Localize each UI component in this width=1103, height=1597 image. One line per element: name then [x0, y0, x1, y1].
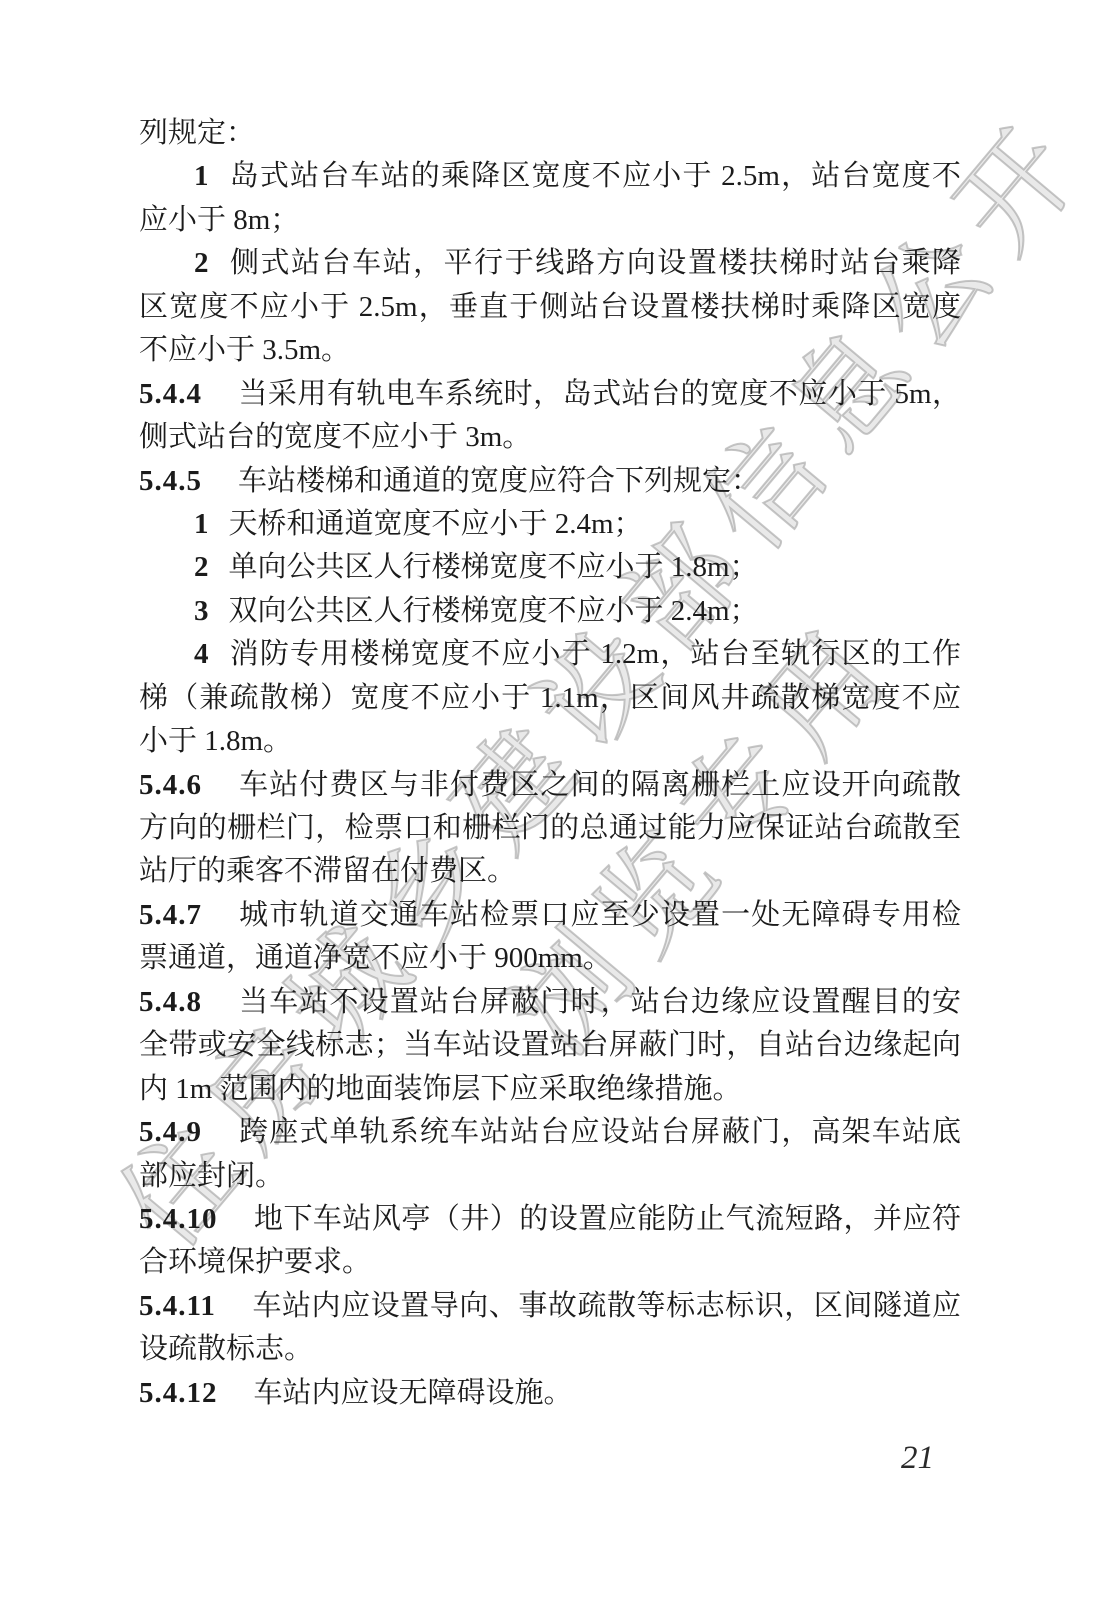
line-text: 方向的栅栏门，检票口和栅栏门的总通过能力应保证站台疏散至	[139, 812, 961, 844]
text-line: 区宽度不应小于 2.5m，垂直于侧站台设置楼扶梯时乘降区宽度	[139, 286, 961, 329]
text-line: 票通道，通道净宽不应小于 900mm。	[139, 937, 961, 980]
text-line: 侧式站台的宽度不应小于 3m。	[139, 416, 961, 459]
line-text: 车站楼梯和通道的宽度应符合下列规定：	[238, 465, 760, 497]
text-line: 5.4.12车站内应设无障碍设施。	[139, 1372, 961, 1415]
clause-number: 4	[194, 638, 210, 670]
clause-number: 5.4.9	[139, 1116, 202, 1148]
line-text: 列规定：	[139, 117, 255, 149]
text-line: 1天桥和通道宽度不应小于 2.4m；	[139, 503, 961, 546]
number-text-gap	[202, 402, 238, 403]
line-text: 车站付费区与非付费区之间的隔离栅栏上应设开向疏散	[238, 769, 961, 801]
page-number: 21	[901, 1440, 934, 1477]
text-line: 5.4.4当采用有轨电车系统时，岛式站台的宽度不应小于 5m，	[139, 373, 961, 416]
line-text: 侧式站台的宽度不应小于 3m。	[139, 421, 531, 453]
number-text-gap	[210, 184, 229, 185]
text-line: 5.4.7城市轨道交通车站检票口应至少设置一处无障碍专用检	[139, 894, 961, 937]
text-line: 方向的栅栏门，检票口和栅栏门的总通过能力应保证站台疏散至	[139, 807, 961, 850]
line-text: 岛式站台车站的乘降区宽度不应小于 2.5m，站台宽度不	[229, 160, 962, 192]
clause-number: 5.4.12	[139, 1377, 218, 1409]
clause-number: 5.4.8	[139, 986, 202, 1018]
line-text: 车站内应设无障碍设施。	[254, 1377, 573, 1409]
line-text: 消防专用楼梯宽度不应小于 1.2m，站台至轨行区的工作	[229, 638, 962, 670]
clause-number: 5.4.6	[139, 769, 202, 801]
number-text-gap	[202, 923, 238, 924]
line-text: 双向公共区人行楼梯宽度不应小于 2.4m；	[229, 595, 759, 627]
text-line: 5.4.8当车站不设置站台屏蔽门时，站台边缘应设置醒目的安	[139, 981, 961, 1024]
number-text-gap	[218, 1401, 254, 1402]
clause-number: 5.4.4	[139, 378, 202, 410]
text-line: 不应小于 3.5m。	[139, 329, 961, 372]
line-text: 跨座式单轨系统车站站台应设站台屏蔽门，高架车站底	[238, 1116, 961, 1148]
line-text: 不应小于 3.5m。	[139, 334, 350, 366]
line-text: 侧式站台车站，平行于线路方向设置楼扶梯时站台乘降	[229, 247, 962, 279]
clause-number: 1	[194, 508, 210, 540]
number-text-gap	[202, 1010, 238, 1011]
text-line: 2单向公共区人行楼梯宽度不应小于 1.8m；	[139, 546, 961, 589]
text-line: 全带或安全线标志；当车站设置站台屏蔽门时，自站台边缘起向	[139, 1024, 961, 1067]
number-text-gap	[210, 575, 229, 576]
line-text: 部应封闭。	[139, 1160, 284, 1192]
line-text: 设疏散标志。	[139, 1333, 313, 1365]
document-page: 住房城乡建设部信息公开 浏览专用 列规定：1岛式站台车站的乘降区宽度不应小于 2…	[0, 0, 1103, 1597]
line-text: 站厅的乘客不滞留在付费区。	[139, 855, 516, 887]
clause-number: 1	[194, 160, 210, 192]
text-line: 应小于 8m；	[139, 199, 961, 242]
clause-number: 5.4.10	[139, 1203, 218, 1235]
clause-number: 3	[194, 595, 210, 627]
text-line: 5.4.5车站楼梯和通道的宽度应符合下列规定：	[139, 460, 961, 503]
text-line: 1岛式站台车站的乘降区宽度不应小于 2.5m，站台宽度不	[139, 155, 961, 198]
number-text-gap	[202, 793, 238, 794]
line-text: 城市轨道交通车站检票口应至少设置一处无障碍专用检	[238, 899, 961, 931]
number-text-gap	[202, 489, 238, 490]
number-text-gap	[202, 1140, 238, 1141]
number-text-gap	[210, 619, 229, 620]
text-line: 4消防专用楼梯宽度不应小于 1.2m，站台至轨行区的工作	[139, 633, 961, 676]
text-line: 部应封闭。	[139, 1155, 961, 1198]
number-text-gap	[210, 271, 229, 272]
clause-number: 2	[194, 551, 210, 583]
text-line: 5.4.10地下车站风亭（井）的设置应能防止气流短路，并应符	[139, 1198, 961, 1241]
line-text: 当车站不设置站台屏蔽门时，站台边缘应设置醒目的安	[238, 986, 961, 1018]
text-line: 内 1m 范围内的地面装饰层下应采取绝缘措施。	[139, 1068, 961, 1111]
text-line: 5.4.9跨座式单轨系统车站站台应设站台屏蔽门，高架车站底	[139, 1111, 961, 1154]
text-line: 列规定：	[139, 112, 961, 155]
number-text-gap	[218, 1227, 254, 1228]
clause-number: 5.4.7	[139, 899, 202, 931]
text-line: 小于 1.8m。	[139, 720, 961, 763]
line-text: 地下车站风亭（井）的设置应能防止气流短路，并应符	[254, 1203, 962, 1235]
text-line: 站厅的乘客不滞留在付费区。	[139, 850, 961, 893]
line-text: 票通道，通道净宽不应小于 900mm。	[139, 942, 612, 974]
line-text: 内 1m 范围内的地面装饰层下应采取绝缘措施。	[139, 1073, 742, 1105]
text-line: 梯（兼疏散梯）宽度不应小于 1.1m，区间风井疏散梯宽度不应	[139, 677, 961, 720]
number-text-gap	[210, 532, 229, 533]
line-text: 区宽度不应小于 2.5m，垂直于侧站台设置楼扶梯时乘降区宽度	[139, 291, 961, 323]
document-body: 列规定：1岛式站台车站的乘降区宽度不应小于 2.5m，站台宽度不应小于 8m；2…	[139, 112, 961, 1415]
clause-number: 2	[194, 247, 210, 279]
text-line: 5.4.6车站付费区与非付费区之间的隔离栅栏上应设开向疏散	[139, 764, 961, 807]
line-text: 全带或安全线标志；当车站设置站台屏蔽门时，自站台边缘起向	[139, 1029, 961, 1061]
line-text: 天桥和通道宽度不应小于 2.4m；	[229, 508, 643, 540]
line-text: 车站内应设置导向、事故疏散等标志标识，区间隧道应	[252, 1290, 961, 1322]
text-line: 合环境保护要求。	[139, 1241, 961, 1284]
text-line: 5.4.11车站内应设置导向、事故疏散等标志标识，区间隧道应	[139, 1285, 961, 1328]
line-text: 梯（兼疏散梯）宽度不应小于 1.1m，区间风井疏散梯宽度不应	[139, 682, 961, 714]
clause-number: 5.4.5	[139, 465, 202, 497]
line-text: 合环境保护要求。	[139, 1246, 371, 1278]
line-text: 小于 1.8m。	[139, 725, 292, 757]
text-line: 2侧式站台车站，平行于线路方向设置楼扶梯时站台乘降	[139, 242, 961, 285]
text-line: 设疏散标志。	[139, 1328, 961, 1371]
clause-number: 5.4.11	[139, 1290, 216, 1322]
line-text: 应小于 8m；	[139, 204, 299, 236]
number-text-gap	[210, 662, 229, 663]
line-text: 当采用有轨电车系统时，岛式站台的宽度不应小于 5m，	[238, 378, 961, 410]
number-text-gap	[216, 1314, 252, 1315]
text-line: 3双向公共区人行楼梯宽度不应小于 2.4m；	[139, 590, 961, 633]
line-text: 单向公共区人行楼梯宽度不应小于 1.8m；	[229, 551, 759, 583]
